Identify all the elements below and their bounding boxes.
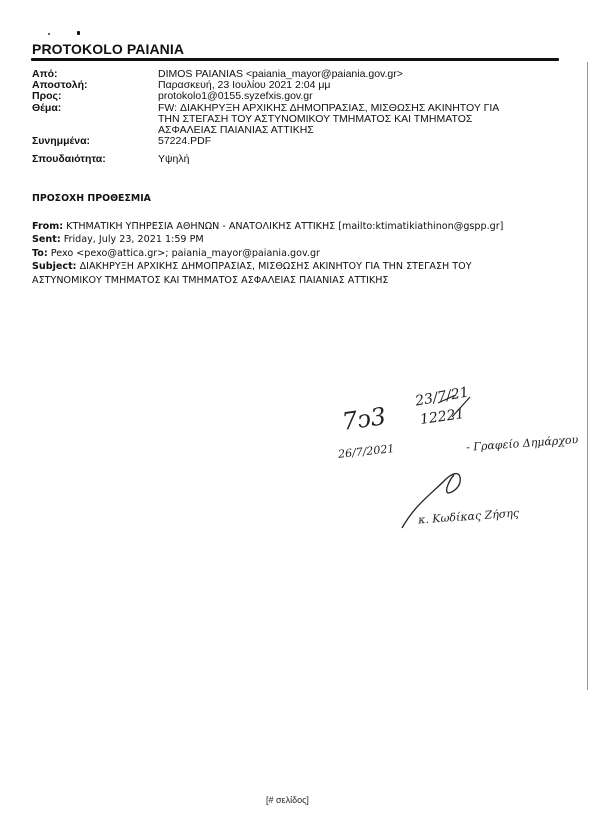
- attachments-label: Συνημμένα:: [32, 136, 158, 147]
- page-number-placeholder: [# σελίδος]: [266, 795, 309, 805]
- meta-row-subject: Θέμα: FW: ΔΙΑΚΗΡΥΞΗ ΑΡΧΙΚΗΣ ΔΗΜΟΠΡΑΣΙΑΣ,…: [32, 103, 562, 137]
- importance-label: Σπουδαιότητα:: [32, 154, 158, 165]
- subject-label: Θέμα:: [32, 103, 158, 137]
- fwd-from-value: ΚΤΗΜΑΤΙΚΗ ΥΠΗΡΕΣΙΑ ΑΘΗΝΩΝ - ΑΝΑΤΟΛΙΚΗΣ Α…: [66, 221, 503, 232]
- fwd-sent-line: Sent: Friday, July 23, 2021 1:59 PM: [32, 233, 572, 247]
- to-value: protokolo1@0155.syzefxis.gov.gr: [158, 91, 562, 102]
- fwd-from-label: From:: [32, 221, 63, 232]
- fwd-to-value: Pexo <pexo@attica.gr>; paiania_mayor@pai…: [51, 248, 320, 259]
- email-meta-block: Από: DIMOS PAIANIAS <paiania_mayor@paian…: [32, 69, 562, 166]
- document-header-title: PROTOKOLO PAIANIA: [32, 41, 184, 57]
- meta-row-attachments: Συνημμένα: 57224.PDF: [32, 136, 562, 147]
- deadline-warning: ΠΡΟΣΟΧΗ ΠΡΟΘΕΣΜΙΑ: [32, 192, 572, 206]
- importance-value: Υψηλή: [158, 154, 562, 165]
- fwd-sent-value: Friday, July 23, 2021 1:59 PM: [64, 234, 204, 245]
- fwd-to-line: To: Pexo <pexo@attica.gr>; paiania_mayor…: [32, 247, 572, 261]
- to-label: Προς:: [32, 91, 158, 102]
- fwd-subject-label: Subject:: [32, 261, 77, 272]
- email-body: ΠΡΟΣΟΧΗ ΠΡΟΘΕΣΜΙΑ From: ΚΤΗΜΑΤΙΚΗ ΥΠΗΡΕΣ…: [32, 192, 572, 287]
- header-divider: [31, 58, 559, 61]
- scanned-page: PROTOKOLO PAIANIA Από: DIMOS PAIANIAS <p…: [0, 0, 594, 839]
- subject-value: FW: ΔΙΑΚΗΡΥΞΗ ΑΡΧΙΚΗΣ ΔΗΜΟΠΡΑΣΙΑΣ, ΜΙΣΘΩ…: [158, 103, 562, 137]
- speck: [48, 33, 50, 35]
- attachment-filename: 57224.PDF: [158, 136, 562, 147]
- fwd-from-line: From: ΚΤΗΜΑΤΙΚΗ ΥΠΗΡΕΣΙΑ ΑΘΗΝΩΝ - ΑΝΑΤΟΛ…: [32, 220, 572, 234]
- speck: [77, 31, 80, 35]
- scan-edge-line: [587, 62, 588, 690]
- meta-row-to: Προς: protokolo1@0155.syzefxis.gov.gr: [32, 91, 562, 102]
- scan-specks: [48, 30, 88, 40]
- meta-row-importance: Σπουδαιότητα: Υψηλή: [32, 154, 562, 165]
- fwd-sent-label: Sent:: [32, 234, 61, 245]
- fwd-to-label: To:: [32, 248, 48, 259]
- fwd-subject-line: Subject: ΔΙΑΚΗΡΥΞΗ ΑΡΧΙΚΗΣ ΔΗΜΟΠΡΑΣΙΑΣ, …: [32, 260, 572, 287]
- handwritten-annotations: 7ↄ3 23/7/21 12221 26/7/2021 - Γραφείο Δη…: [320, 395, 594, 565]
- fwd-subject-value: ΔΙΑΚΗΡΥΞΗ ΑΡΧΙΚΗΣ ΔΗΜΟΠΡΑΣΙΑΣ, ΜΙΣΘΩΣΗΣ …: [32, 261, 472, 286]
